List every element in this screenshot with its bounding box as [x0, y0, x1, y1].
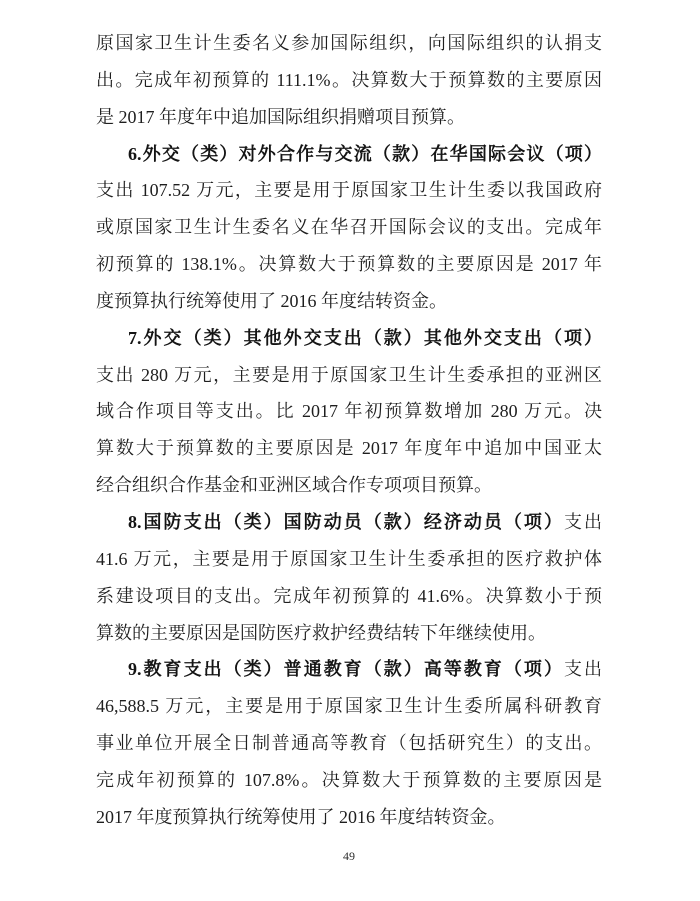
document-page: 原国家卫生计生委名义参加国际组织，向国际组织的认捐支出。完成年初预算的 111.… [0, 0, 700, 901]
paragraph-item-6-diplomacy-conferences-in-china: 6.外交（类）对外合作与交流（款）在华国际会议（项）支出 107.52 万元，主… [96, 136, 602, 320]
text-line: 8.国防支出（类）国防动员（款）经济动员（项）支出 [96, 504, 602, 541]
text-line: 度预算执行统筹使用了 2016 年度结转资金。 [96, 283, 602, 320]
item-heading: 8.国防支出（类）国防动员（款）经济动员（项） [128, 512, 564, 532]
body-text: 事业单位开展全日制普通高等教育（包括研究生）的支出。 [96, 733, 602, 753]
body-text: 经合组织合作基金和亚洲区域合作专项项目预算。 [96, 475, 492, 495]
text-line: 经合组织合作基金和亚洲区域合作专项项目预算。 [96, 467, 602, 504]
body-text: 初预算的 138.1%。决算数大于预算数的主要原因是 2017 年 [96, 254, 602, 274]
text-line: 域合作项目等支出。比 2017 年初预算数增加 280 万元。决 [96, 393, 602, 430]
body-text: 系建设项目的支出。完成年初预算的 41.6%。决算数小于预 [96, 586, 602, 606]
item-heading: 6.外交（类）对外合作与交流（款）在华国际会议（项） [128, 144, 602, 164]
text-line: 事业单位开展全日制普通高等教育（包括研究生）的支出。 [96, 725, 602, 762]
item-heading: 9.教育支出（类）普通教育（款）高等教育（项） [128, 659, 564, 679]
text-line: 初预算的 138.1%。决算数大于预算数的主要原因是 2017 年 [96, 246, 602, 283]
text-line: 2017 年度预算执行统筹使用了 2016 年度结转资金。 [96, 799, 602, 836]
body-text: 支出 107.52 万元，主要是用于原国家卫生计生委以我国政府 [96, 180, 602, 200]
paragraph-item-8-national-defense-economic-mobilization: 8.国防支出（类）国防动员（款）经济动员（项）支出41.6 万元，主要是用于原国… [96, 504, 602, 651]
body-text: 原国家卫生计生委名义参加国际组织，向国际组织的认捐支 [96, 33, 602, 53]
body-text: 完成年初预算的 107.8%。决算数大于预算数的主要原因是 [96, 770, 602, 790]
body-text: 域合作项目等支出。比 2017 年初预算数增加 280 万元。决 [96, 401, 602, 421]
body-text: 或原国家卫生计生委名义在华召开国际会议的支出。完成年 [96, 217, 602, 237]
body-text: 度预算执行统筹使用了 2016 年度结转资金。 [96, 291, 447, 311]
body-text: 支出 [564, 512, 602, 532]
text-line: 完成年初预算的 107.8%。决算数大于预算数的主要原因是 [96, 762, 602, 799]
body-text: 46,588.5 万元，主要是用于原国家卫生计生委所属科研教育 [96, 696, 602, 716]
body-text: 2017 年度预算执行统筹使用了 2016 年度结转资金。 [96, 807, 506, 827]
document-body: 原国家卫生计生委名义参加国际组织，向国际组织的认捐支出。完成年初预算的 111.… [96, 25, 602, 836]
text-line: 7.外交（类）其他外交支出（款）其他外交支出（项） [96, 320, 602, 357]
text-line: 9.教育支出（类）普通教育（款）高等教育（项）支出 [96, 651, 602, 688]
item-heading: 7.外交（类）其他外交支出（款）其他外交支出（项） [128, 328, 602, 348]
body-text: 是 2017 年度年中追加国际组织捐赠项目预算。 [96, 107, 465, 127]
text-line: 算数大于预算数的主要原因是 2017 年度年中追加中国亚太 [96, 430, 602, 467]
text-line: 算数的主要原因是国防医疗救护经费结转下年继续使用。 [96, 615, 602, 652]
text-line: 原国家卫生计生委名义参加国际组织，向国际组织的认捐支 [96, 25, 602, 62]
paragraph-item-7-other-diplomatic-expenditure: 7.外交（类）其他外交支出（款）其他外交支出（项）支出 280 万元，主要是用于… [96, 320, 602, 504]
body-text: 算数大于预算数的主要原因是 2017 年度年中追加中国亚太 [96, 438, 602, 458]
text-line: 41.6 万元，主要是用于原国家卫生计生委承担的医疗救护体 [96, 541, 602, 578]
text-line: 是 2017 年度年中追加国际组织捐赠项目预算。 [96, 99, 602, 136]
body-text: 出。完成年初预算的 111.1%。决算数大于预算数的主要原因 [96, 70, 602, 90]
body-text: 41.6 万元，主要是用于原国家卫生计生委承担的医疗救护体 [96, 549, 602, 569]
paragraph-international-organizations-continued: 原国家卫生计生委名义参加国际组织，向国际组织的认捐支出。完成年初预算的 111.… [96, 25, 602, 136]
text-line: 支出 107.52 万元，主要是用于原国家卫生计生委以我国政府 [96, 172, 602, 209]
text-line: 或原国家卫生计生委名义在华召开国际会议的支出。完成年 [96, 209, 602, 246]
page-number: 49 [96, 849, 602, 863]
text-line: 系建设项目的支出。完成年初预算的 41.6%。决算数小于预 [96, 578, 602, 615]
text-line: 支出 280 万元，主要是用于原国家卫生计生委承担的亚洲区 [96, 357, 602, 394]
paragraph-item-9-education-higher-education: 9.教育支出（类）普通教育（款）高等教育（项）支出46,588.5 万元，主要是… [96, 651, 602, 835]
body-text: 支出 [564, 659, 602, 679]
text-line: 46,588.5 万元，主要是用于原国家卫生计生委所属科研教育 [96, 688, 602, 725]
text-line: 出。完成年初预算的 111.1%。决算数大于预算数的主要原因 [96, 62, 602, 99]
body-text: 支出 280 万元，主要是用于原国家卫生计生委承担的亚洲区 [96, 365, 602, 385]
body-text: 算数的主要原因是国防医疗救护经费结转下年继续使用。 [96, 623, 546, 643]
text-line: 6.外交（类）对外合作与交流（款）在华国际会议（项） [96, 136, 602, 173]
